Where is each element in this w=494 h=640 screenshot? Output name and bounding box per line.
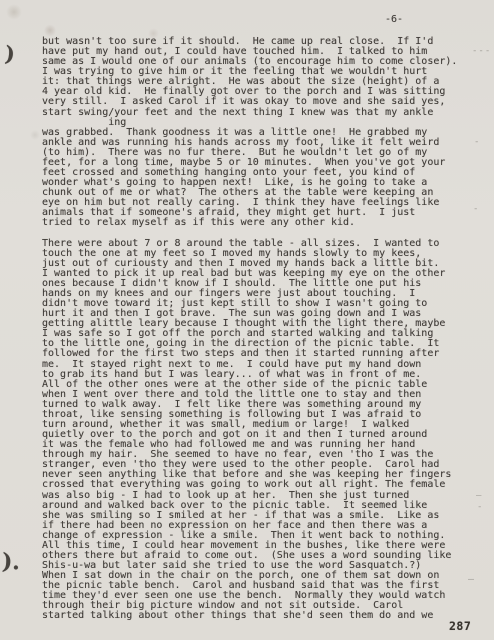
paper-stain [30,130,40,140]
paper-stain [6,4,22,20]
typescript-line: crossed that everything was going to wor… [42,480,482,490]
handwritten-margin-mark-bottom: ). [1,549,20,576]
typescript-body: but wasn't too sure if it should. He cam… [42,37,482,622]
page-number-header: -6- [385,14,403,25]
typescript-line: started talking about other things that … [42,611,482,621]
folio-page-number: 287 [449,619,471,633]
typescript-line: tried to relax myself as if this were an… [42,218,482,228]
scanned-typescript-page: -6- ) ). --- - - — - — but wasn't too su… [0,0,494,640]
typescript-line: followed for the first two steps and the… [42,349,482,359]
handwritten-margin-mark-top: ) [4,41,16,67]
